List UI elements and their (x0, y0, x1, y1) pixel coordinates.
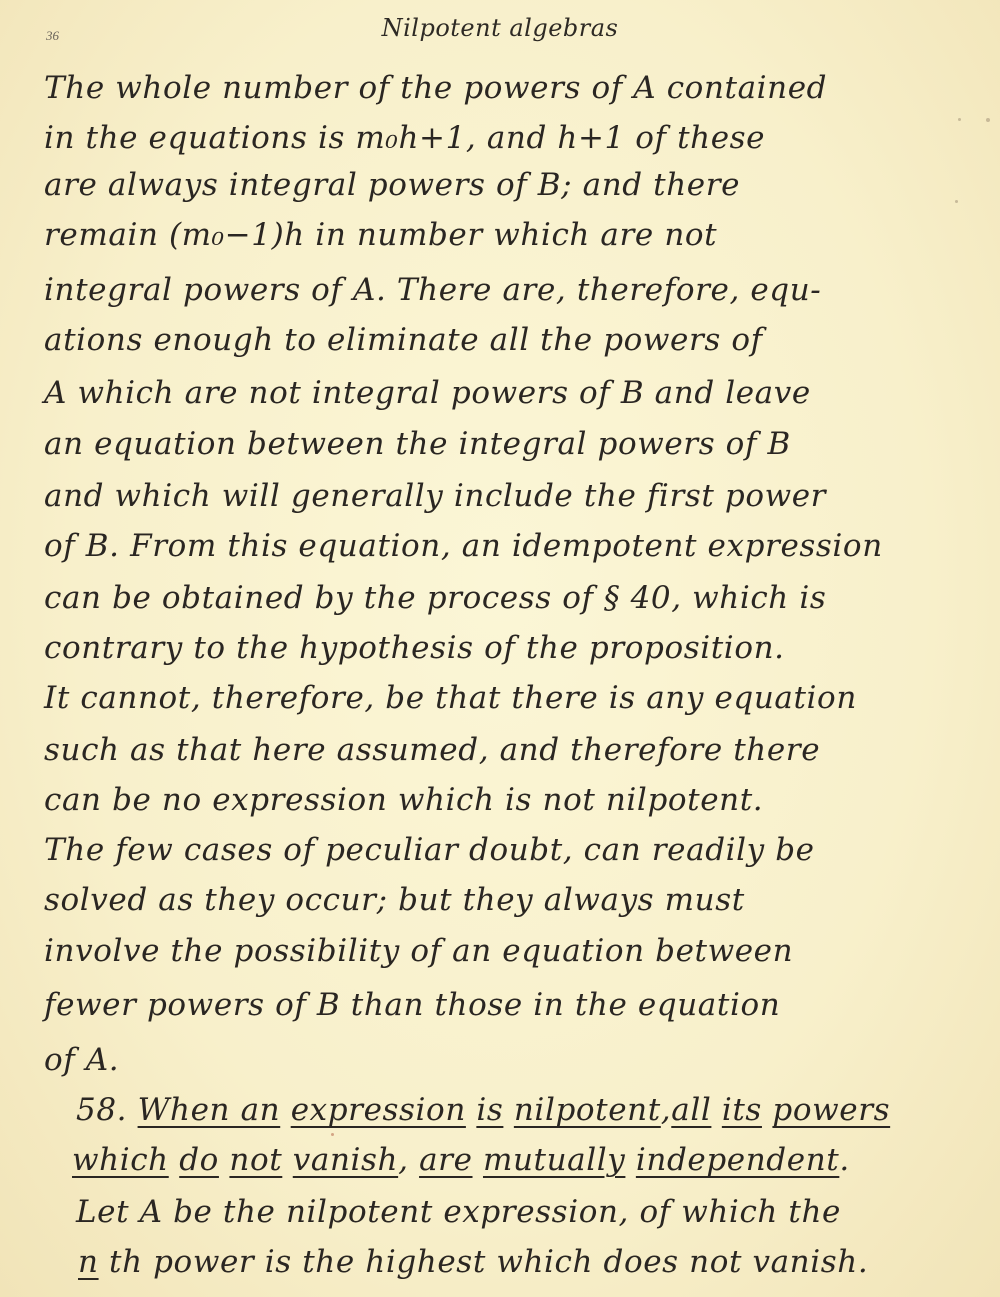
text-line: are always integral powers of B; and the… (44, 167, 740, 203)
text-line: of A. (44, 1042, 119, 1078)
text-line: solved as they occur; but they always mu… (44, 882, 745, 918)
section-58-heading-line-2: which do not vanish, are mutually indepe… (72, 1142, 850, 1178)
text-line: remain (m₀−1)h in number which are not (44, 217, 717, 253)
comma: , (661, 1092, 671, 1128)
text-line: fewer powers of B than those in the equa… (44, 987, 780, 1023)
paper-speck (986, 118, 990, 122)
heading-word: its (722, 1092, 762, 1128)
heading-word: not (229, 1142, 282, 1178)
paper-speck (331, 1133, 334, 1136)
text-line: The few cases of peculiar doubt, can rea… (44, 832, 815, 868)
section-58-text-line-3: Let A be the nilpotent expression, of wh… (76, 1194, 841, 1230)
heading-word: nilpotent (514, 1092, 661, 1128)
heading-word: vanish (293, 1142, 398, 1178)
heading-word: When an (138, 1092, 281, 1128)
text-line: in the equations is m₀h+1, and h+1 of th… (44, 120, 765, 156)
heading-word: all (671, 1092, 711, 1128)
heading-word: independent (636, 1142, 839, 1178)
text-line: contrary to the hypothesis of the propos… (44, 630, 785, 666)
text-line: an equation between the integral powers … (44, 426, 791, 462)
text-line: It cannot, therefore, be that there is a… (44, 680, 857, 716)
n-variable: n (78, 1244, 99, 1280)
section-58-heading-line-1: 58. When an expression is nilpotent,all … (76, 1092, 890, 1128)
text-line: of B. From this equation, an idempotent … (44, 528, 883, 564)
text-line: involve the possibility of an equation b… (44, 933, 793, 969)
running-head: Nilpotent algebras (0, 14, 1000, 42)
heading-word: powers (772, 1092, 890, 1128)
text-line: can be no expression which is not nilpot… (44, 782, 763, 818)
line-text: th power is the highest which does not v… (99, 1244, 869, 1280)
text-line: The whole number of the powers of A cont… (44, 70, 827, 106)
text-line: integral powers of A. There are, therefo… (44, 272, 821, 308)
heading-word: are (419, 1142, 472, 1178)
section-58-text-line-4: n th power is the highest which does not… (78, 1244, 868, 1280)
section-number: 58. (76, 1092, 127, 1128)
heading-word: which (72, 1142, 169, 1178)
text-line: ations enough to eliminate all the power… (44, 322, 763, 358)
period: . (839, 1142, 849, 1178)
text-line: and which will generally include the fir… (44, 478, 826, 514)
heading-word: do (179, 1142, 219, 1178)
text-line: such as that here assumed, and therefore… (44, 732, 820, 768)
heading-word: mutually (483, 1142, 625, 1178)
heading-word: expression (291, 1092, 466, 1128)
paper-speck (955, 200, 958, 203)
text-line: A which are not integral powers of B and… (44, 375, 811, 411)
manuscript-page: 36 Nilpotent algebras The whole number o… (0, 0, 1000, 1297)
comma: , (398, 1142, 408, 1178)
heading-word: is (476, 1092, 503, 1128)
text-line: can be obtained by the process of § 40, … (44, 580, 826, 616)
paper-speck (958, 118, 961, 121)
